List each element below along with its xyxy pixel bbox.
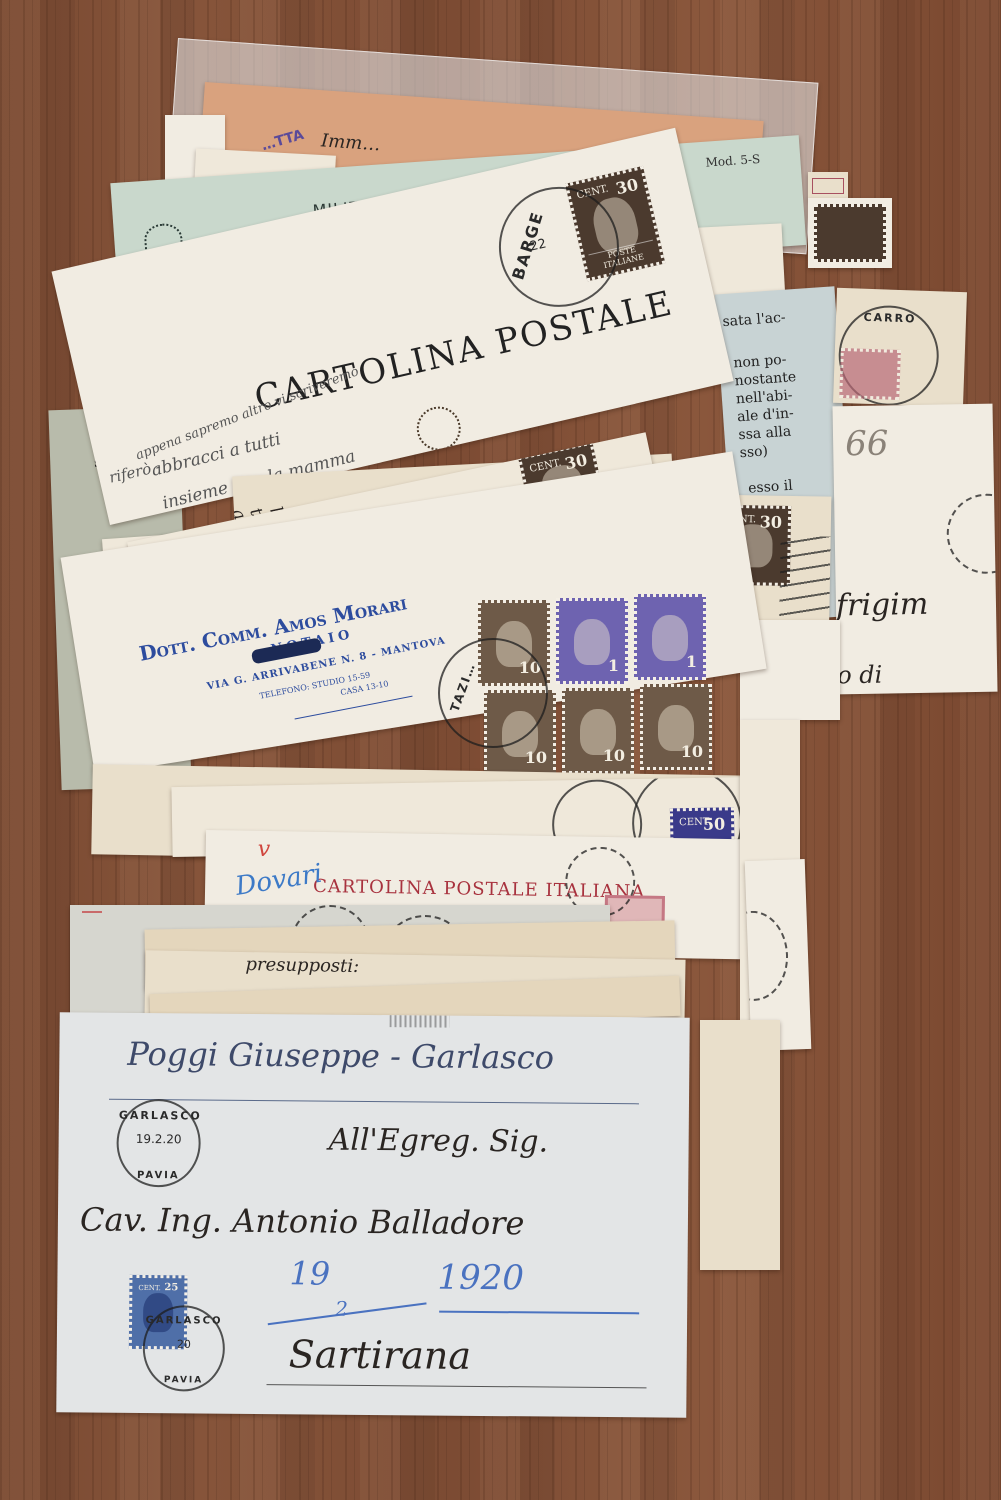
addressee-line-1: All'Egreg. Sig. — [328, 1123, 548, 1160]
letter-number: 66 — [845, 423, 889, 464]
addressee-line-2: Cav. Ing. Antonio Balladore — [80, 1200, 525, 1242]
date-month: 2 — [335, 1297, 348, 1321]
notice-line: non po- — [733, 352, 787, 372]
postmark: TAZI… — [438, 638, 548, 748]
notice-line: esso il — [748, 478, 794, 497]
date-day: 19 — [289, 1254, 330, 1292]
cartolina-title: CARTOLINA POSTALE — [251, 283, 677, 418]
year-underline — [439, 1311, 639, 1315]
dark-stamp — [814, 204, 886, 262]
morari-stamps: 10 1 1 10 10 10 TAZI… — [478, 598, 728, 778]
stamp-10-cent: 10 — [562, 688, 634, 774]
blue-handwriting: Dovari — [233, 859, 324, 902]
stamp-piece-right — [808, 198, 892, 268]
letterhead: Poggi Giuseppe - Garlasco — [127, 1035, 554, 1077]
letterhead-rule — [109, 1099, 639, 1105]
notice-line: sso) — [739, 443, 768, 461]
postmark — [745, 910, 790, 1002]
poggi-envelope: Poggi Giuseppe - Garlasco GARLASCO 19.2.… — [56, 1012, 689, 1417]
date-year: 1920 — [437, 1258, 524, 1299]
destination-underline — [267, 1384, 647, 1388]
handwritten-letter-right: 66 frigim o di — [832, 404, 997, 695]
milizia-form-code: Mod. 5-S — [705, 152, 761, 170]
notice-line: ale d'in- — [737, 405, 795, 425]
orange-card-stamp-text: …TTA — [260, 127, 306, 154]
orange-card-handwriting: Imm… — [320, 130, 381, 155]
stamp-10-cent: 10 — [640, 684, 712, 770]
postmark — [946, 493, 997, 574]
notice-line: sata l'ac- — [722, 310, 786, 330]
stamp-1-lira: 1 — [634, 594, 706, 680]
notice-line: nostante — [734, 369, 796, 389]
small-stamp-piece — [808, 172, 848, 200]
destination: Sartirana — [289, 1332, 472, 1378]
back-paper — [700, 1020, 780, 1270]
notice-line: nell'abi- — [735, 387, 793, 407]
letter-handwriting: o di — [837, 661, 883, 690]
carro-postmark-piece: CARRO — [833, 288, 967, 407]
stamp — [839, 348, 901, 400]
handwriting-line: presupposti: — [245, 954, 359, 977]
notice-line: ssa alla — [738, 424, 792, 444]
torn-flap — [390, 1015, 450, 1028]
letter-handwriting: frigim — [836, 587, 929, 624]
postmark-garlasco-stamp: GARLASCO 20 PAVIA — [142, 1305, 225, 1392]
red-check-mark: v — [258, 837, 271, 862]
stamp-1-lira: 1 — [556, 598, 628, 684]
postmark-garlasco: GARLASCO 19.2.20 PAVIA — [116, 1099, 201, 1188]
